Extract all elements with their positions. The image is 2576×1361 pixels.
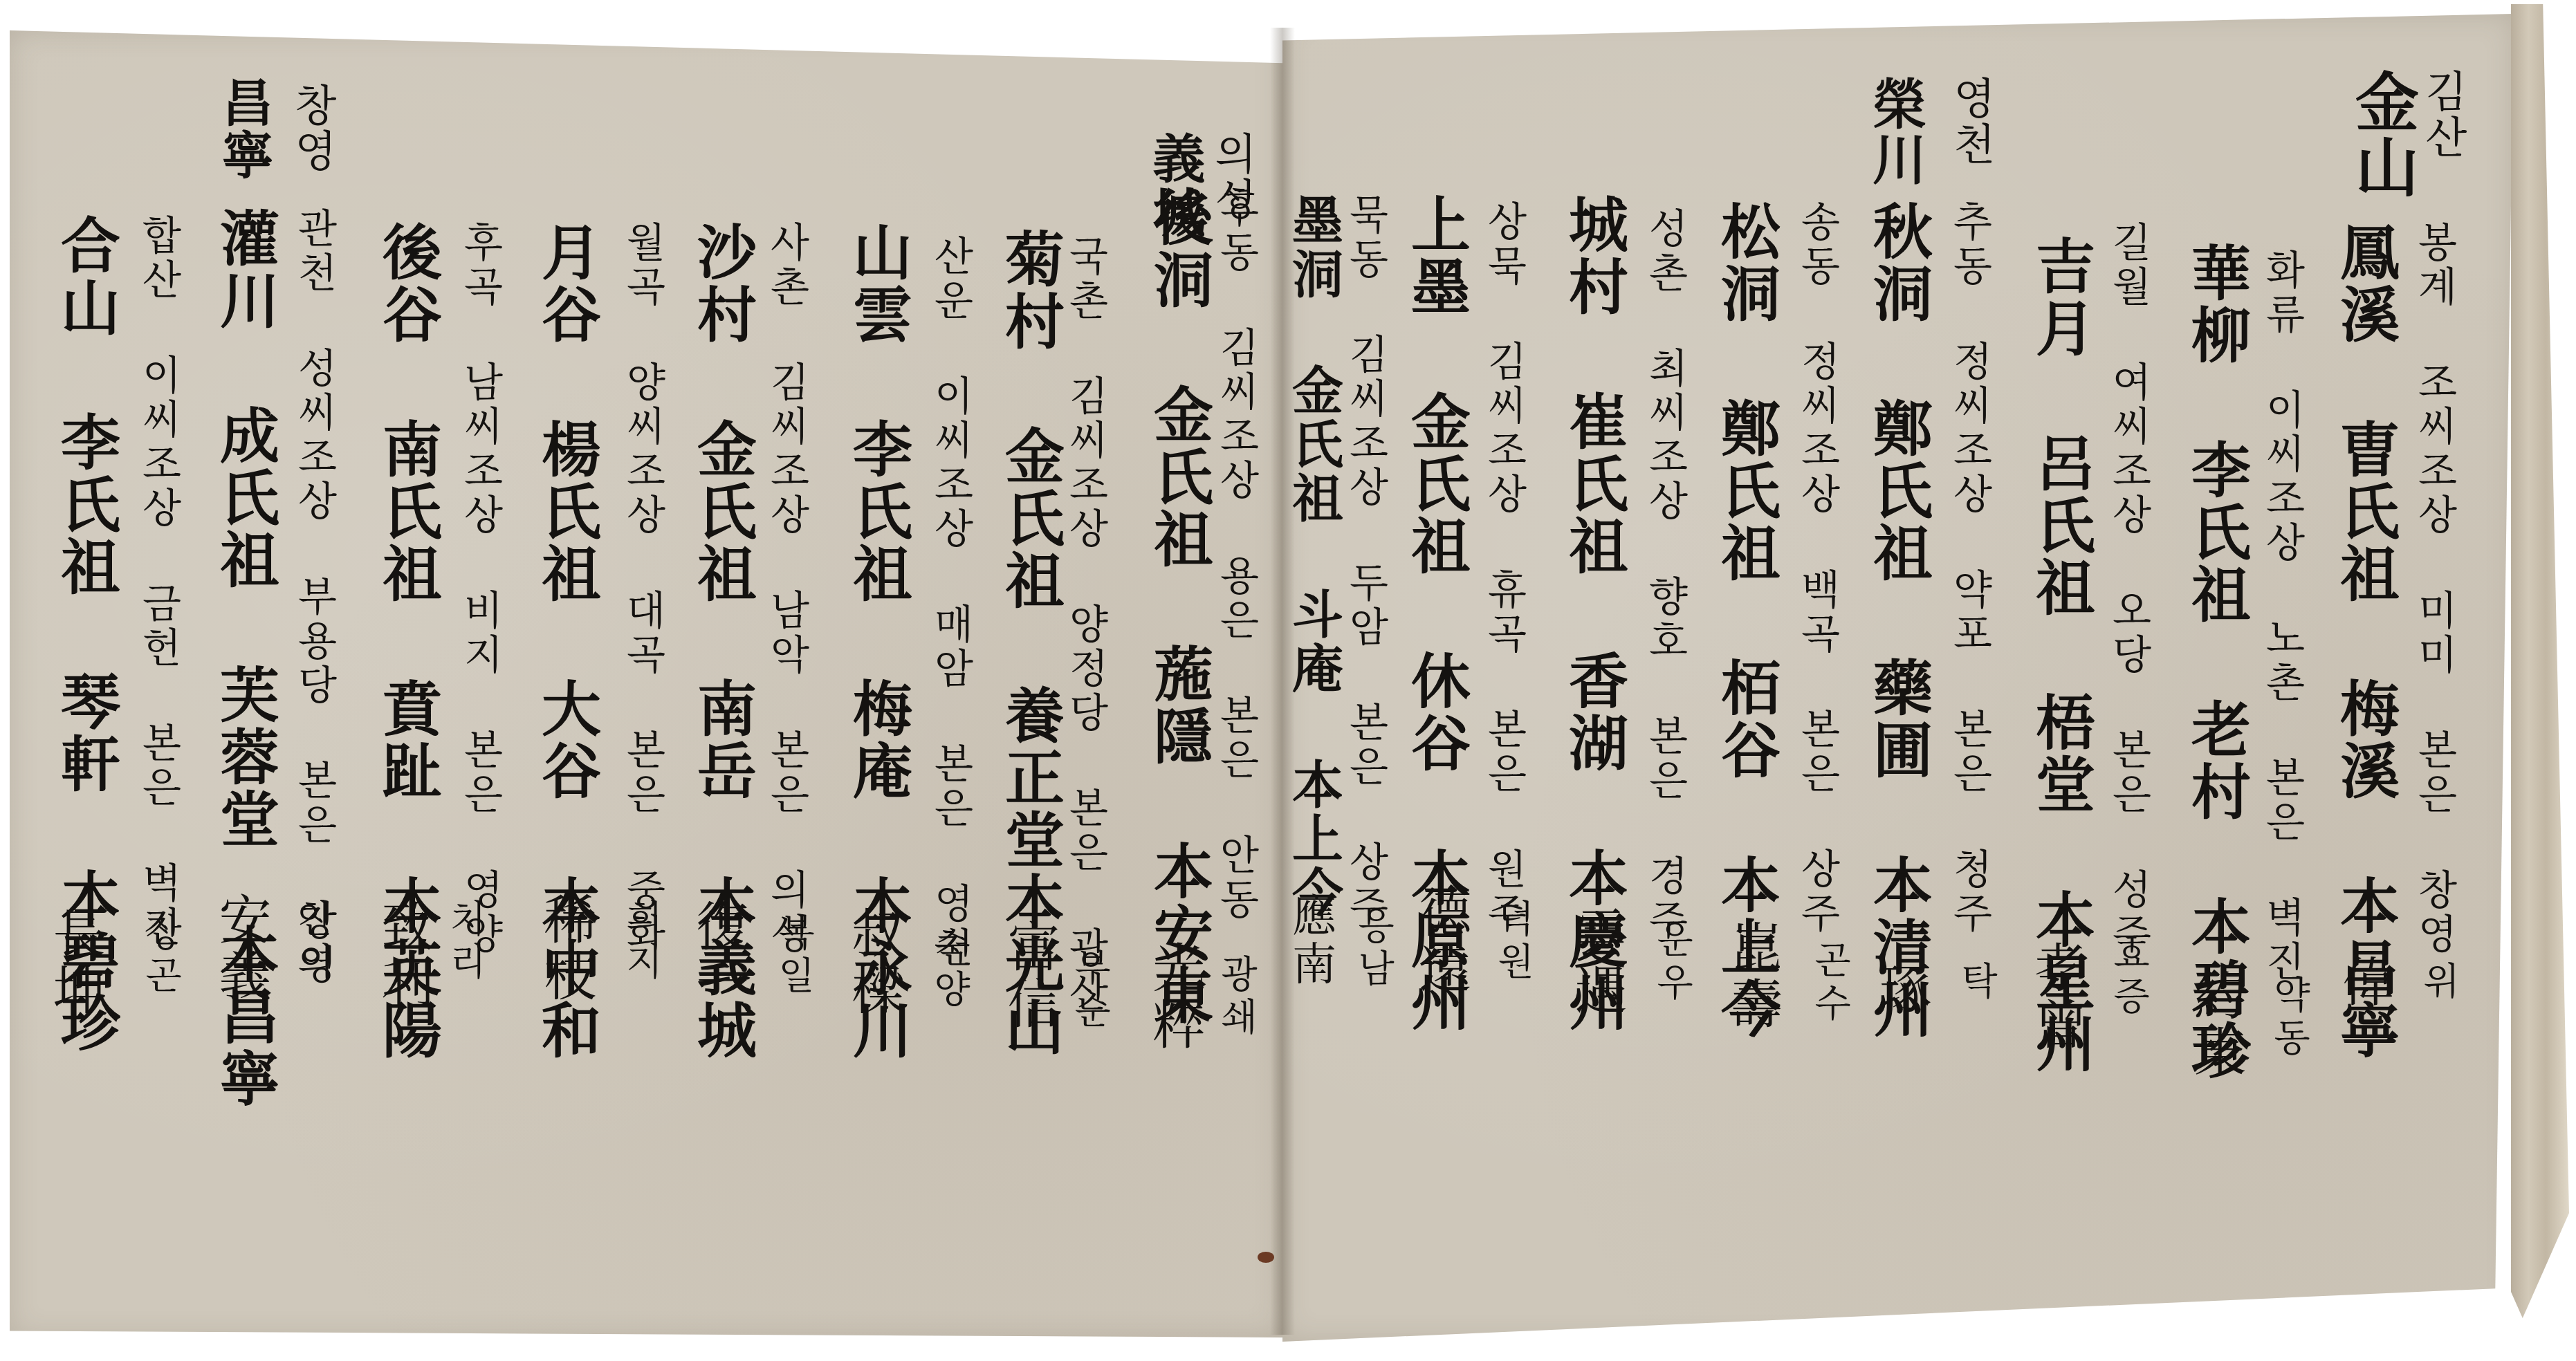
entry-name-hangul: 응남 xyxy=(1354,906,1392,992)
entry-name-hanja: 崑壽 xyxy=(1726,920,1778,1033)
entry-gloss: 월곡 양씨조상 대곡 본은 중화 xyxy=(623,221,663,957)
entry-name-hanja: 致利 xyxy=(377,899,430,1012)
entry-name-hangul: 복일 xyxy=(775,913,812,999)
entry-name-hanja: 富信 xyxy=(1003,920,1056,1033)
entry-gloss: 합산 이씨조상 금헌 본은 벽진 xyxy=(138,214,178,950)
entry-name-hangul: 곤수 xyxy=(1811,941,1848,1026)
entry-gloss: 후동 김씨조상 용은 본은 안동 xyxy=(1216,187,1256,923)
entry-name-hangul: 희지 xyxy=(623,899,660,985)
entry-name-hangul: 장곤 xyxy=(142,913,179,999)
region-heading-hanja: 昌寧 xyxy=(218,76,269,181)
entry-main: 華柳 李氏祖 老村 本碧珍 xyxy=(2186,242,2245,1082)
entry-gloss: 사촌 김씨조상 남악 본은 의성 xyxy=(766,221,807,957)
entry-main: 後洞 金氏祖 葹隱 本安東 xyxy=(1148,187,1208,1027)
entry-name-hangul: 숙양 xyxy=(930,927,968,1012)
entry-gloss: 산운 이씨조상 매암 본은 영천 xyxy=(930,235,970,971)
entry-name-hanja: 琢 xyxy=(1875,961,1927,1018)
entry-name-hangul: 안의 xyxy=(294,899,331,985)
entry-gloss: 화류 이씨조상 노촌 본은 벽진 xyxy=(2262,249,2302,985)
entry-gloss: 국촌 김씨조상 양정당 본은 광산 xyxy=(1065,235,1105,1015)
entry-name-hangul: 광쇄 xyxy=(1217,954,1255,1040)
entry-gloss: 봉계 조씨조상 미미 본은 창영 xyxy=(2414,221,2454,957)
entry-name-hangul: 효증 xyxy=(2110,934,2147,1019)
entry-name-hangul: 부순 xyxy=(1071,947,1108,1033)
entry-name-hanja: 雲遇 xyxy=(1570,906,1623,1019)
region-heading-hangul: 창영 xyxy=(291,83,333,174)
entry-main: 松洞 鄭氏祖 栢谷 本上今 xyxy=(1715,201,1775,1041)
entry-name-hangul: 탁 xyxy=(1958,961,1995,1004)
entry-gloss: 묵동 김씨조상 두암 본은 상주 xyxy=(1345,194,1386,929)
entry-name-hangul: 약동 xyxy=(2270,975,2308,1061)
entry-name-hanja: 叔樑 xyxy=(847,906,900,1019)
entry-name-hanja: 安義 xyxy=(214,892,267,1006)
entry-gloss: 관천 성씨조상 부용당 본은 창영 xyxy=(294,207,334,988)
entry-gloss: 후곡 남씨조상 비지 본은 영양 xyxy=(460,221,500,957)
entry-name-hanja: 復一 xyxy=(692,899,744,1012)
page-stack-edge xyxy=(2511,4,2569,1318)
entry-gloss: 추동 정씨조상 약포 본은 청주 xyxy=(1949,201,1989,936)
entry-name-hangul: 운우 xyxy=(1653,920,1691,1006)
entry-gloss: 상묵 김씨조상 휴곡 본은 원주 xyxy=(1484,201,1524,936)
entry-name-hanja: 應南 xyxy=(1288,892,1332,989)
entry-name-hangul: 위 xyxy=(2420,961,2457,1004)
entry-name-hanja: 德遠 xyxy=(1415,885,1467,999)
region-heading-hanja: 榮川 xyxy=(1868,76,1922,187)
entry-name-hanja: 長坤 xyxy=(48,906,101,1019)
entry-gloss: 성촌 최씨조상 향호 본은 경주 xyxy=(1645,207,1685,943)
binding-stain xyxy=(1258,1252,1274,1263)
entry-name-hangul: 치리 xyxy=(446,899,484,985)
entry-name-hanja: 約東 xyxy=(2189,968,2242,1082)
entry-name-hanja: 孝曾 xyxy=(2030,941,2083,1054)
entry-gloss: 송동 정씨조상 백곡 본은 상주 xyxy=(1797,201,1837,936)
region-heading-hanja: 金山 xyxy=(2350,69,2414,199)
entry-name-hanja: 偉 xyxy=(2338,954,2391,1011)
entry-name-hanja: 稀枝 xyxy=(540,892,592,1006)
entry-name-hanja: 光粹 xyxy=(1148,941,1201,1054)
open-manuscript: 金山 김산 봉계 조씨조상 미미 본은 창영 鳳溪 曺氏祖 梅溪 本昌寧 위 偉… xyxy=(0,0,2576,1361)
region-heading-hangul: 영천 xyxy=(1949,76,1992,167)
entry-name-hangul: 덕원 xyxy=(1494,899,1531,985)
entry-gloss: 길월 여씨조상 오당 본은 성주 xyxy=(2108,221,2149,957)
region-heading-hangul: 김산 xyxy=(2421,69,2464,160)
entry-main: 墨洞 金氏祖 斗庵 本上今 xyxy=(1288,194,1339,920)
entry-main: 秋洞 鄭氏祖 藥圃 本清州 xyxy=(1868,201,1927,1041)
entry-main: 鳳溪 曺氏祖 梅溪 本昌寧 xyxy=(2335,221,2394,1062)
